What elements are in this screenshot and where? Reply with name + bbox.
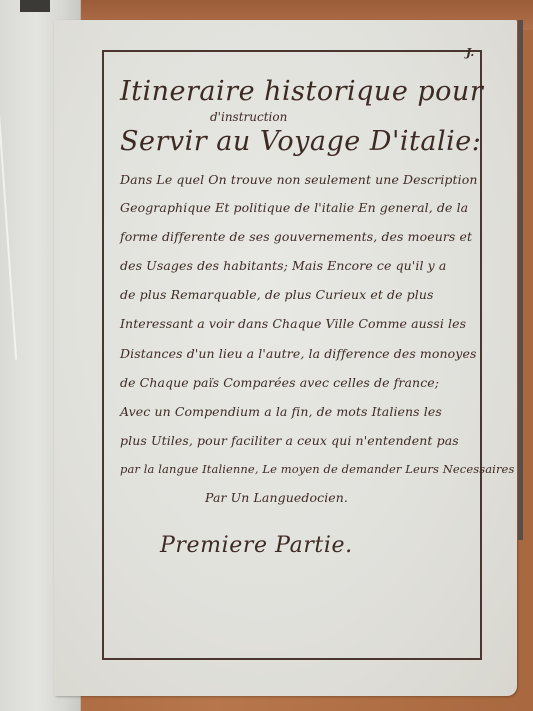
page-edge-shadow [518, 20, 523, 540]
paper-crease [0, 40, 17, 359]
body-line: Interessant a voir dans Chaque Ville Com… [120, 316, 480, 331]
body-line: par la langue Italienne, Le moyen de dem… [120, 462, 480, 476]
body-line: Geographique Et politique de l'italie En… [120, 200, 480, 215]
body-line: plus Utiles, pour faciliter a ceux qui n… [120, 433, 480, 448]
body-line: Avec un Compendium a la fin, de mots Ita… [120, 404, 480, 419]
body-line: Distances d'un lieu a l'autre, la differ… [120, 346, 480, 361]
title-line-2: Servir au Voyage D'italie: [120, 126, 481, 157]
body-line: de plus Remarquable, de plus Curieux et … [120, 287, 480, 302]
part-heading: Premiere Partie. [160, 533, 353, 558]
title-line-1: Itineraire historique pour [120, 76, 483, 107]
body-line: des Usages des habitants; Mais Encore ce… [120, 258, 480, 273]
body-line: Dans Le quel On trouve non seulement une… [120, 172, 480, 187]
folio-number: J. [466, 46, 474, 59]
binding-spine [20, 0, 50, 12]
interlinear-insertion: d'instruction [210, 110, 287, 124]
body-line: de Chaque païs Comparées avec celles de … [120, 375, 480, 390]
author-attribution: Par Un Languedocien. [205, 490, 533, 505]
body-line: forme differente de ses gouvernements, d… [120, 229, 480, 244]
